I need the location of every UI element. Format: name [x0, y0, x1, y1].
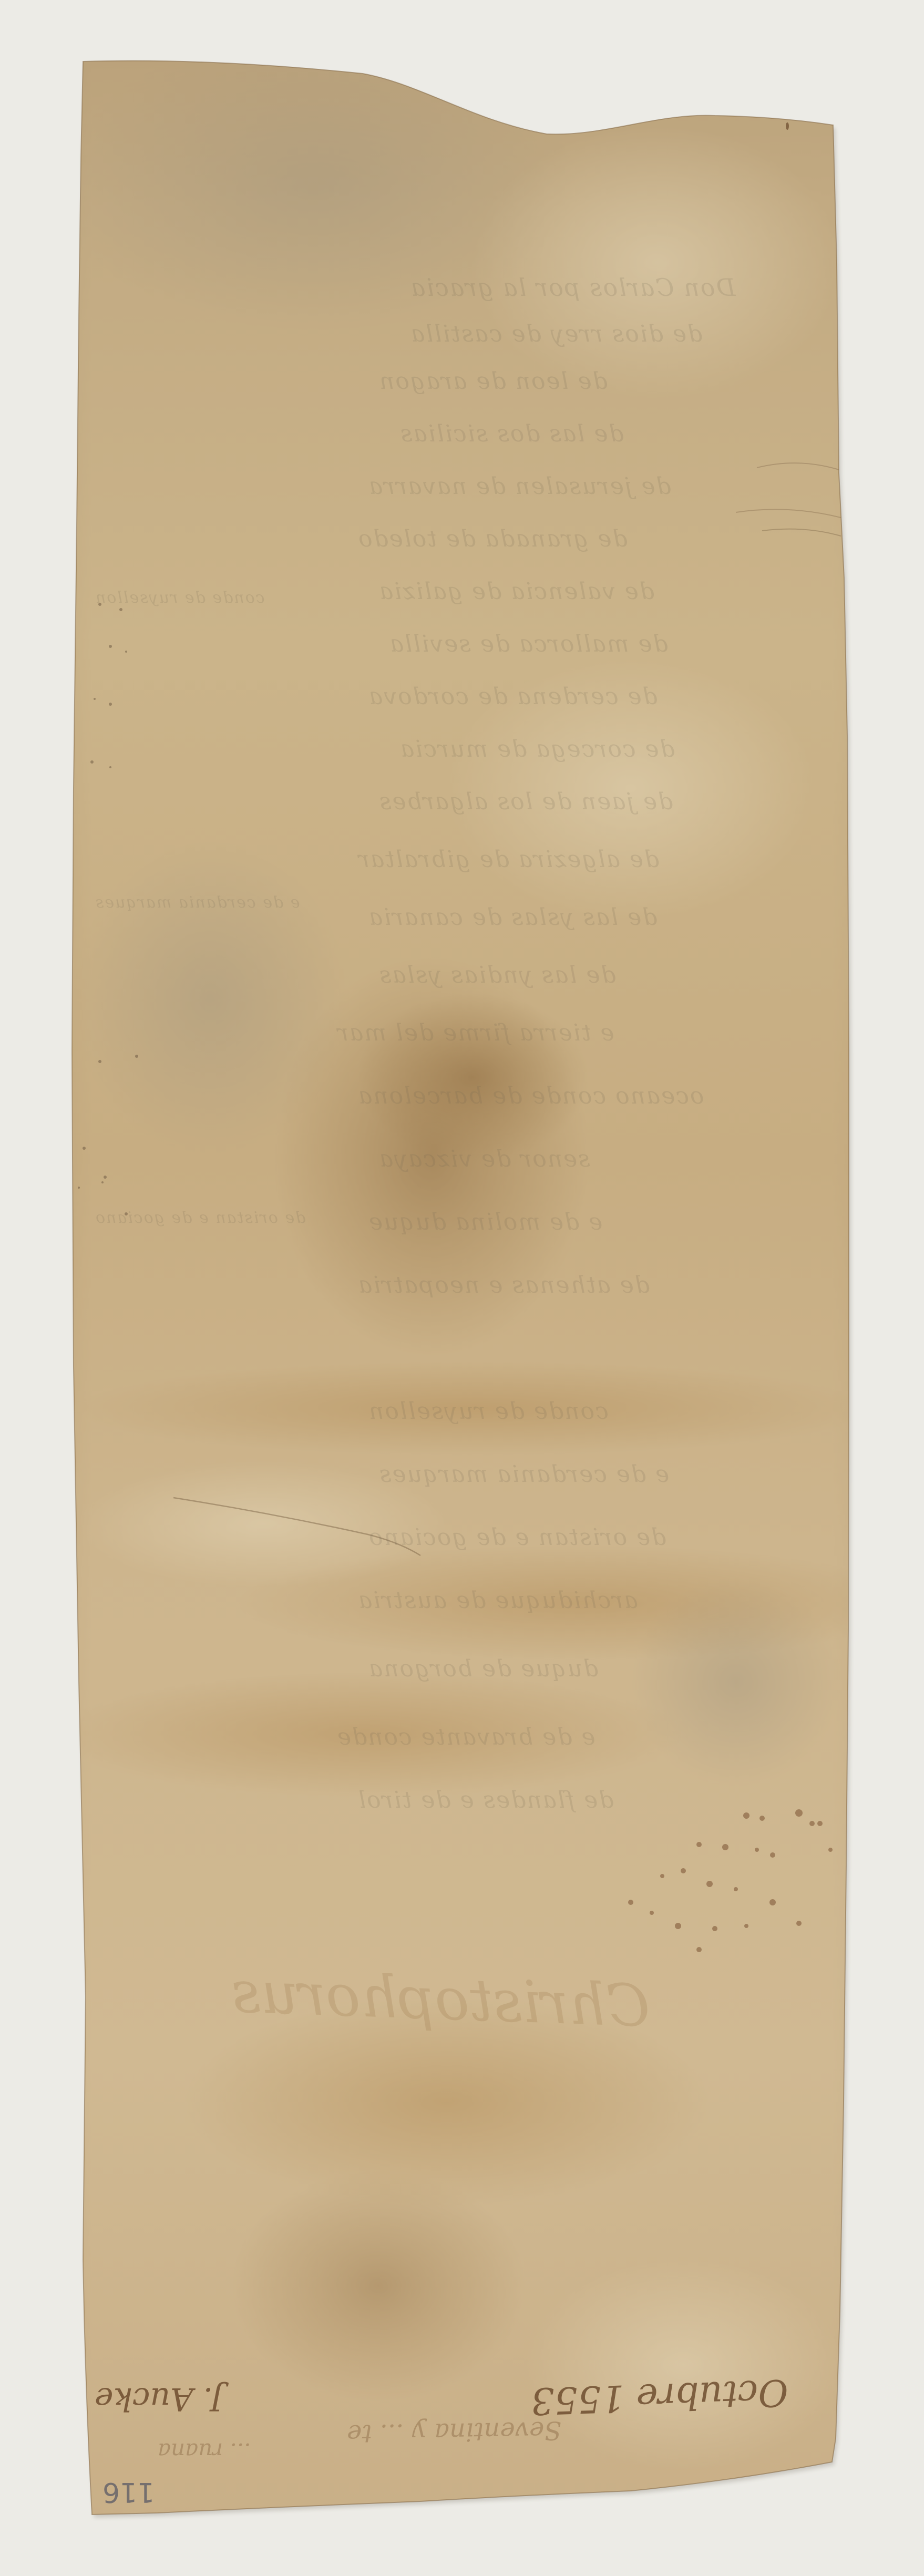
showthrough-line: duque de borgona	[368, 1655, 598, 1682]
showthrough-margin-note: de oristan e de gociano	[95, 1209, 305, 1227]
showthrough-margin-note: e de cerdania marques	[95, 893, 300, 912]
showthrough-line: de las yndias yslas	[378, 962, 616, 988]
date-annotation: Octubre 1553	[530, 2371, 789, 2423]
showthrough-line: de valencia de galizia	[378, 578, 654, 605]
showthrough-line: Don Carlos por la gracia	[410, 273, 735, 302]
showthrough-line: de leon de aragon	[378, 368, 608, 395]
faint-annotation: ... ruana	[158, 2438, 251, 2464]
showthrough-line: oceano conde de barcelona	[357, 1083, 704, 1109]
showthrough-line: de jerusalen de navarra	[368, 473, 671, 500]
showthrough-line: de cerdena de cordova	[368, 683, 658, 710]
showthrough-margin-note: conde de ruysellon	[95, 589, 265, 607]
showthrough-line: e de bravante conde	[336, 1724, 595, 1750]
showthrough-line: de las dos sicilias	[399, 420, 624, 447]
showthrough-line: de algezira de gibraltar	[357, 846, 659, 873]
showthrough-line: archiduque de austria	[357, 1587, 638, 1614]
showthrough-line: de granada de toledo	[357, 525, 628, 552]
showthrough-line: e tierra firme del mar	[336, 1019, 614, 1046]
faint-annotation: Seventina y ... te	[347, 2415, 562, 2448]
showthrough-line: de flandes e de tirol	[357, 1787, 613, 1813]
showthrough-line: de las yslas de canaria	[368, 904, 657, 931]
showthrough-line: de dios rrey de castilla	[410, 321, 702, 347]
showthrough-line: e de molina duque	[368, 1209, 602, 1235]
showthrough-line: de athenas e neopatria	[357, 1272, 650, 1299]
showthrough-line: conde de ruysellon	[368, 1398, 609, 1425]
showthrough-line: de oristan e de gociano	[368, 1524, 666, 1551]
showthrough-line: de jaen de los algarbes	[378, 788, 673, 815]
showthrough-line: e de cerdania marques	[378, 1461, 669, 1488]
name-annotation: J. Aucke	[95, 2381, 223, 2417]
showthrough-line: senor de vizcaya	[378, 1146, 590, 1172]
showthrough-line: de mallorca de sevilla	[389, 631, 668, 657]
catalog-number: 116	[102, 2476, 155, 2508]
showthrough-line: de corcega de murcia	[399, 736, 675, 763]
